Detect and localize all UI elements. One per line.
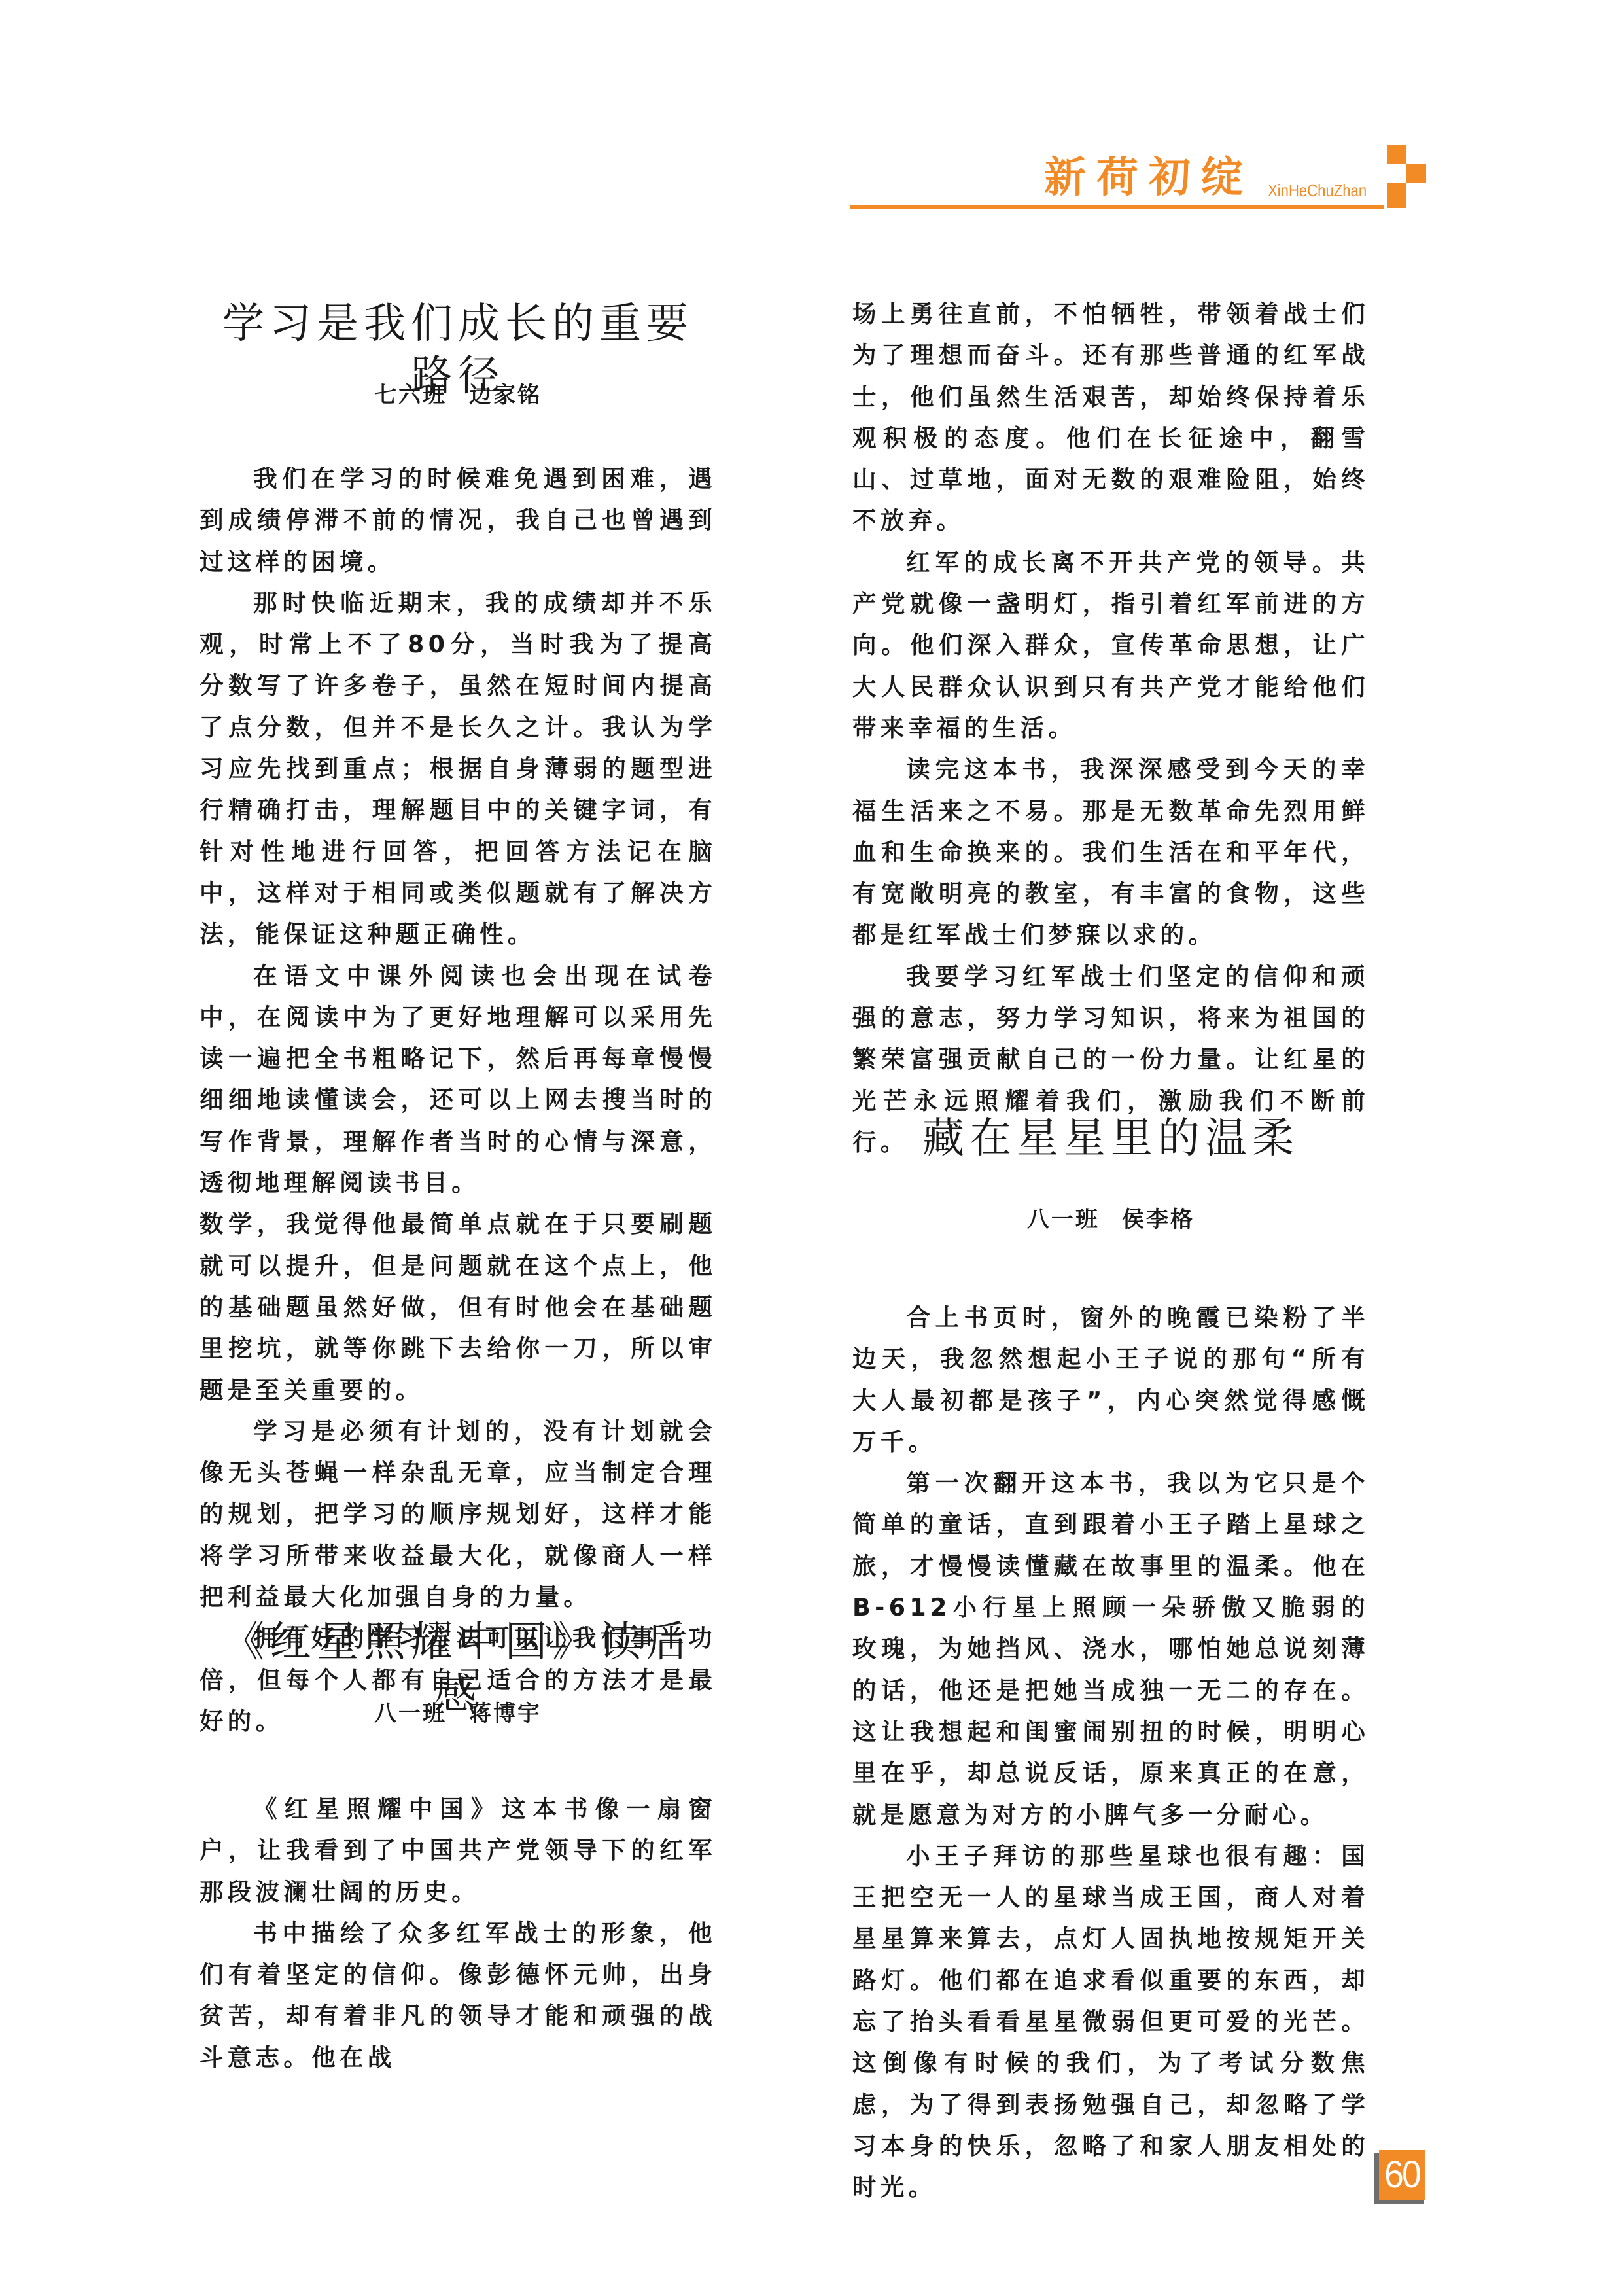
header-rule [850,205,1384,209]
paragraph: 小王子拜访的那些星球也很有趣：国王把空无一人的星球当成王国，商人对着星星算来算去… [852,1835,1369,2208]
article-byline: 七六班边家铭 [200,381,716,410]
author-class: 七六班 [374,382,447,408]
paragraph: 《红星照耀中国》这本书像一扇窗户，让我看到了中国共产党领导下的红军那段波澜壮阔的… [200,1788,716,1913]
section-title: 新荷初绽 [1044,152,1253,204]
author-name: 边家铭 [469,382,542,408]
paragraph: 学习是必须有计划的，没有计划就会像无头苍蝇一样杂乱无章，应当制定合理的规划，把学… [200,1411,716,1617]
paragraph: 场上勇往直前，不怕牺牲，带领着战士们为了理想而奋斗。还有那些普通的红军战士，他们… [852,293,1369,542]
author-class: 八一班 [374,1701,447,1727]
paragraph: 合上书页时，窗外的晚霞已染粉了半边天，我忽然想起小王子说的那句“所有大人最初都是… [852,1297,1369,1462]
header-square-decoration [1387,145,1406,164]
article-body: 合上书页时，窗外的晚霞已染粉了半边天，我忽然想起小王子说的那句“所有大人最初都是… [852,1297,1369,2208]
article-byline: 八一班侯李格 [852,1205,1369,1234]
page-number: 60 [1379,2150,1425,2200]
article-body: 场上勇往直前，不怕牺牲，带领着战士们为了理想而奋斗。还有那些普通的红军战士，他们… [852,293,1369,1163]
article-byline: 八一班蒋博宇 [200,1699,716,1728]
paragraph: 第一次翻开这本书，我以为它只是个简单的童话，直到跟着小王子踏上星球之旅，才慢慢读… [852,1462,1369,1835]
section-subtitle: XinHeChuZhan [1268,181,1367,200]
paragraph: 红军的成长离不开共产党的领导。共产党就像一盏明灯，指引着红军前进的方向。他们深入… [852,542,1369,749]
header-square-decoration [1387,183,1406,208]
header-square-decoration [1406,164,1426,183]
author-name: 蒋博宇 [469,1701,542,1727]
article-title: 藏在星星里的温柔 [852,1112,1369,1165]
paragraph: 那时快临近期末，我的成绩却并不乐观，时常上不了80分，当时我为了提高分数写了许多… [200,582,716,955]
article-body: 我们在学习的时候难免遇到困难，遇到成绩停滞不前的情况，我自己也曾遇到过这样的困境… [200,458,716,1742]
author-class: 八一班 [1027,1207,1100,1233]
paragraph: 数学，我觉得他最简单点就在于只要刷题就可以提升，但是问题就在这个点上，他的基础题… [200,1203,716,1410]
article-body: 《红星照耀中国》这本书像一扇窗户，让我看到了中国共产党领导下的红军那段波澜壮阔的… [200,1788,716,2078]
paragraph: 书中描绘了众多红军战士的形象，他们有着坚定的信仰。像彭德怀元帅，出身贫苦，却有着… [200,1913,716,2078]
author-name: 侯李格 [1122,1207,1195,1233]
paragraph: 我们在学习的时候难免遇到困难，遇到成绩停滞不前的情况，我自己也曾遇到过这样的困境… [200,458,716,582]
paragraph: 读完这本书，我深深感受到今天的幸福生活来之不易。那是无数革命先烈用鲜血和生命换来… [852,749,1369,955]
paragraph: 在语文中课外阅读也会出现在试卷中，在阅读中为了更好地理解可以采用先读一遍把全书粗… [200,955,716,1204]
